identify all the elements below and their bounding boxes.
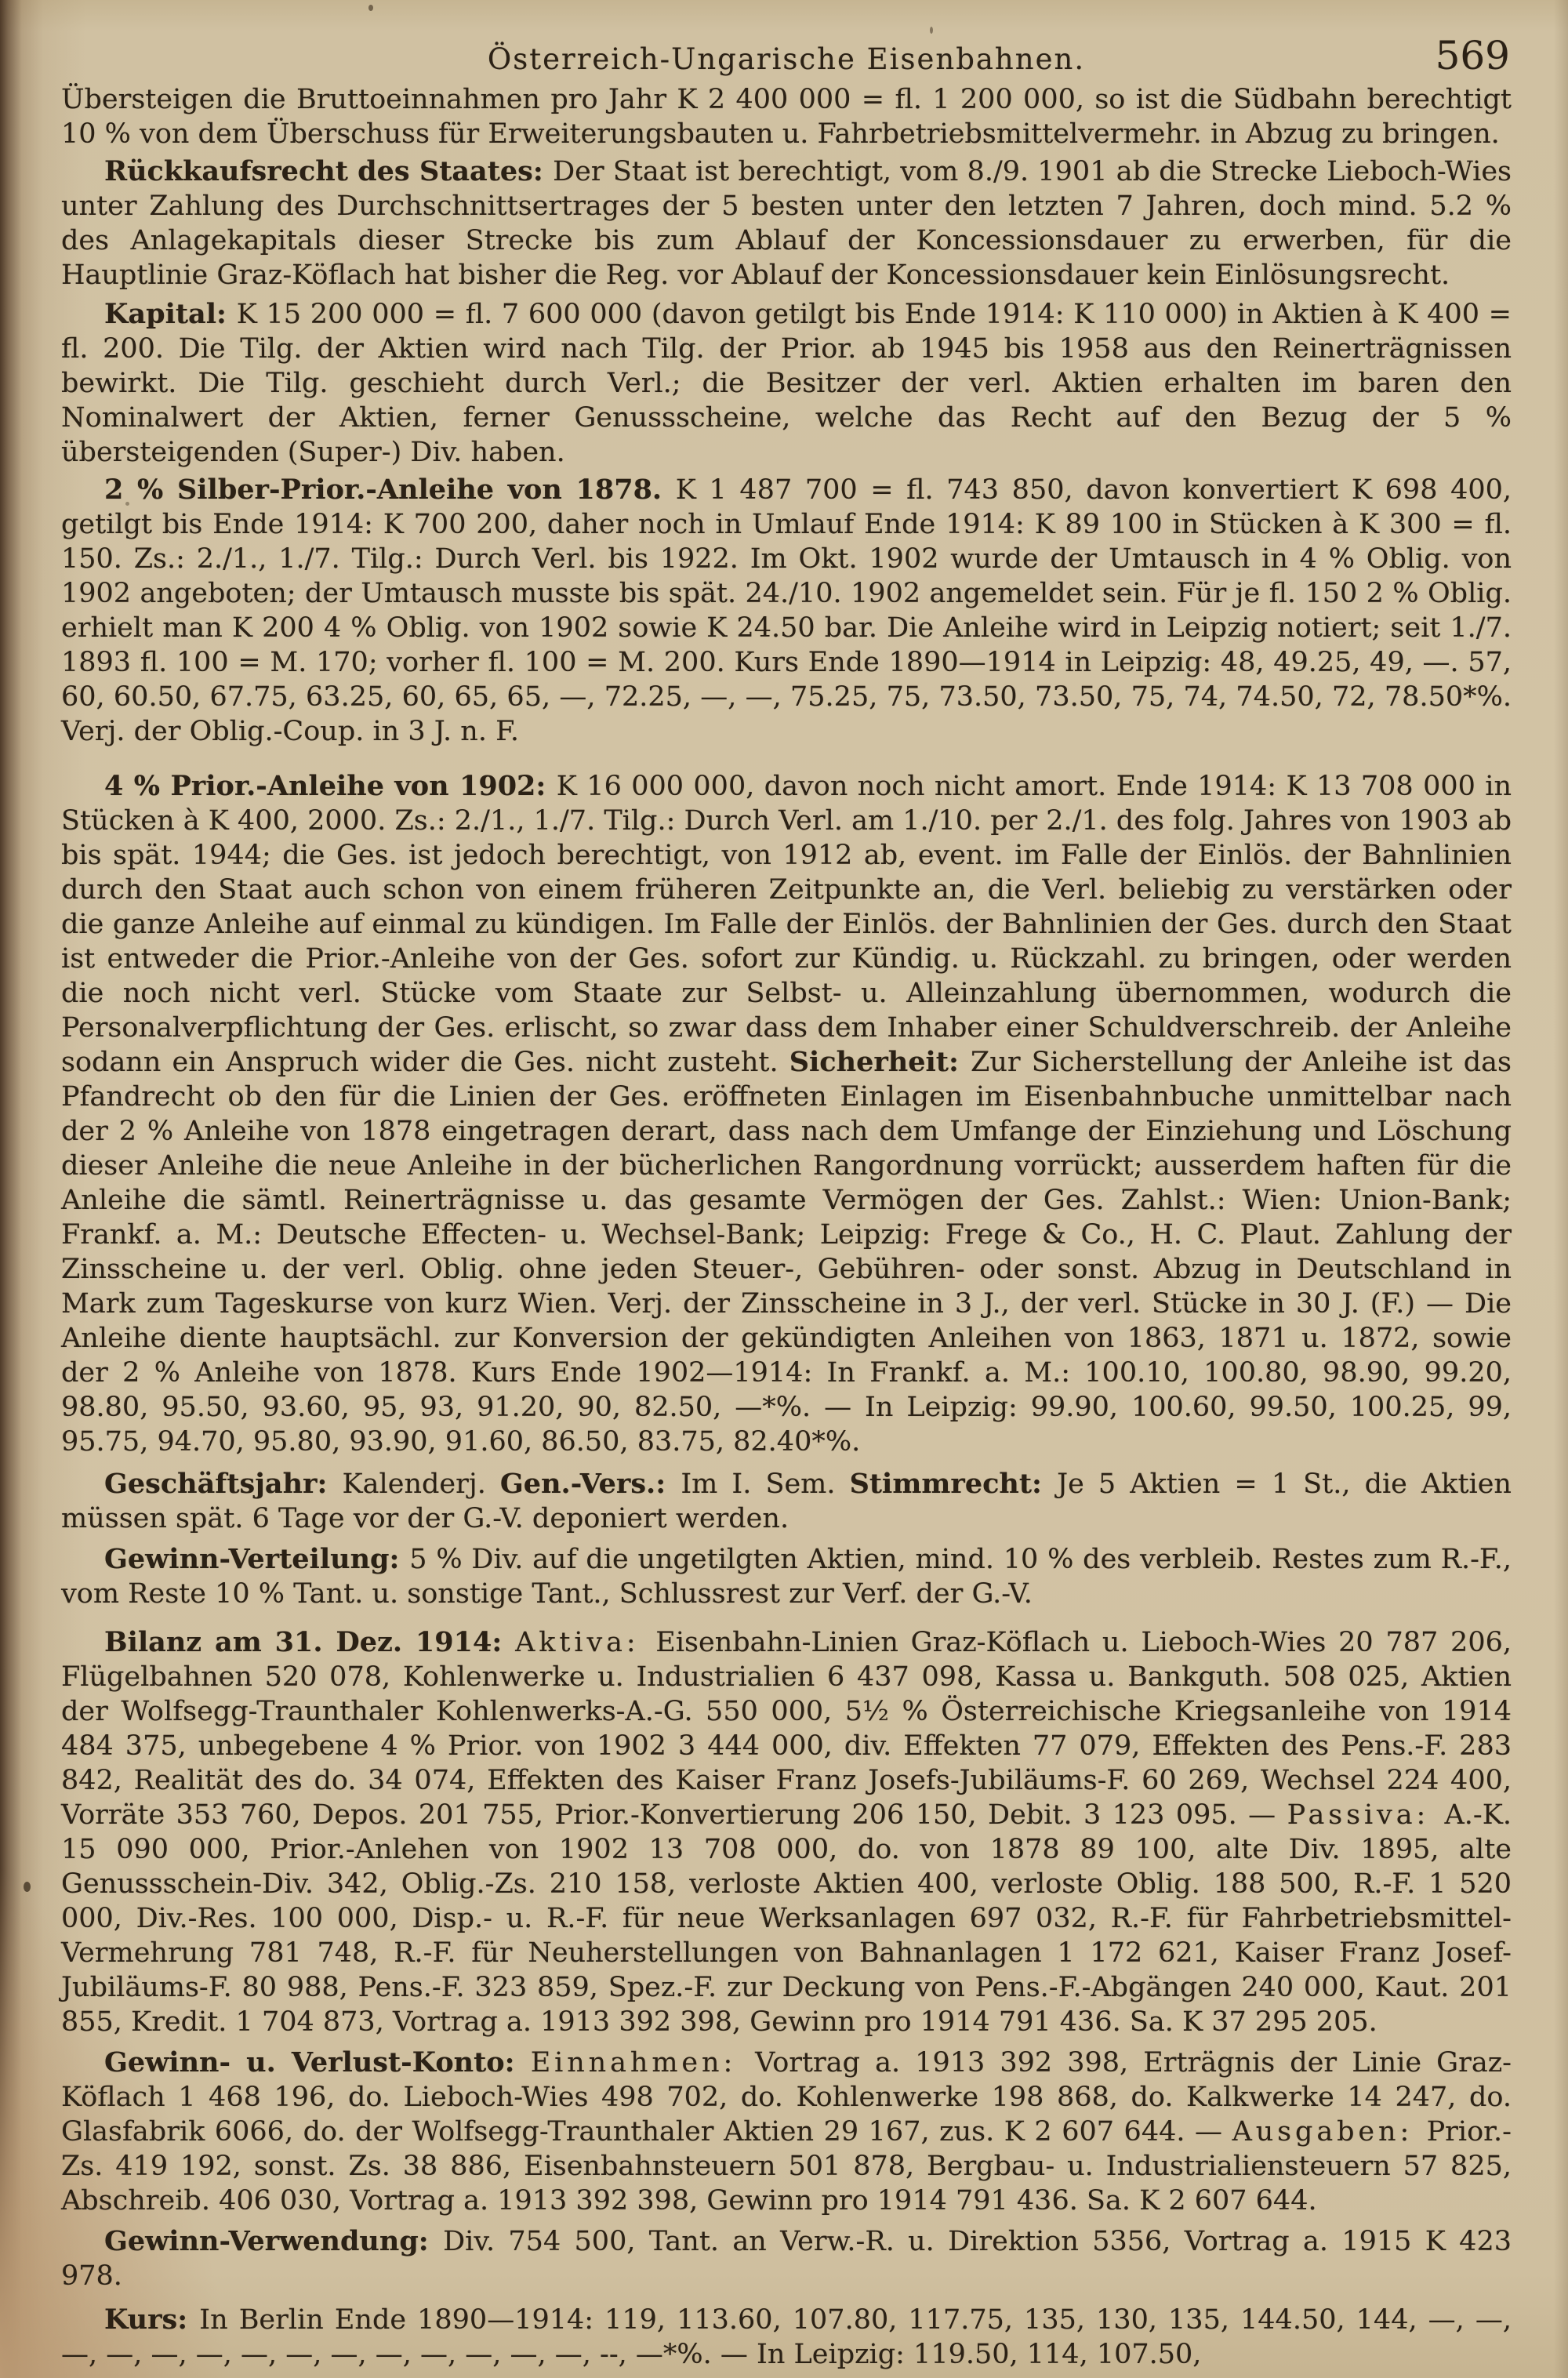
para-rueckkaufsrecht: Rückkaufsrecht des Staates: Der Staat is… — [61, 154, 1512, 292]
body-text: Im I. Sem. — [681, 1469, 849, 1500]
page-header: Österreich-Ungarische Eisenbahnen. 569 — [61, 38, 1512, 85]
keyword-stimmrecht: Stimmrecht: — [850, 1468, 1058, 1500]
keyword-gewinn-verlust-konto: Gewinn- u. Verlust-Konto: — [104, 2046, 531, 2078]
keyword-gewinn-verwendung: Gewinn-Verwendung: — [104, 2225, 443, 2257]
body-text: K 16 000 000, davon noch nicht amort. En… — [61, 771, 1512, 1078]
body-text: Zur Sicherstellung der Anleihe ist das P… — [61, 1047, 1512, 1458]
body-text: K 1 487 700 = fl. 743 850, davon konvert… — [61, 474, 1512, 747]
keyword-prior-anleihe-1902: 4 % Prior.-Anleihe von 1902: — [104, 770, 557, 802]
running-title: Österreich-Ungarische Eisenbahnen. — [488, 42, 1085, 76]
keyword-kapital: Kapital: — [104, 298, 237, 330]
para-geschaeftsjahr: Geschäftsjahr: Kalenderj. Gen.-Vers.: Im… — [61, 1467, 1512, 1536]
book-page: Österreich-Ungarische Eisenbahnen. 569 Ü… — [0, 0, 1568, 2378]
keyword-bilanz: Bilanz am 31. Dez. 1914: — [104, 1626, 515, 1658]
keyword-aktiva: Aktiva: — [515, 1627, 655, 1658]
keyword-einnahmen: Einnahmen: — [531, 2047, 755, 2078]
para-gewinn-verteilung: Gewinn-Verteilung: 5 % Div. auf die unge… — [61, 1542, 1512, 1611]
para-bilanz-1914: Bilanz am 31. Dez. 1914: Aktiva: Eisenba… — [61, 1625, 1512, 2039]
body-text: Kalenderj. — [343, 1469, 500, 1500]
body-text: Übersteigen die Bruttoeinnahmen pro Jahr… — [61, 84, 1512, 150]
para-prior-1902: 4 % Prior.-Anleihe von 1902: K 16 000 00… — [61, 769, 1512, 1459]
page-number: 569 — [1436, 33, 1510, 78]
para-kapital: Kapital: K 15 200 000 = fl. 7 600 000 (d… — [61, 297, 1512, 470]
paper-speck — [24, 1882, 31, 1892]
keyword-sicherheit: Sicherheit: — [789, 1046, 971, 1078]
para-gewinn-verlust-konto: Gewinn- u. Verlust-Konto: Einnahmen: Vor… — [61, 2046, 1512, 2218]
keyword-passiva: Passiva: — [1287, 1799, 1445, 1831]
body-text: In Berlin Ende 1890—1914: 119, 113.60, 1… — [61, 2304, 1512, 2370]
paper-speck — [930, 27, 933, 34]
page-edge-shading — [1554, 0, 1568, 2378]
keyword-silber-prior-anleihe: 2 % Silber-Prior.-Anleihe von 1878. — [104, 474, 676, 506]
para-silber-prior-1878: 2 % Silber-Prior.-Anleihe von 1878. K 1 … — [61, 473, 1512, 749]
para-kurs: Kurs: In Berlin Ende 1890—1914: 119, 113… — [61, 2303, 1512, 2372]
para-bruttoeinnahmen: Übersteigen die Bruttoeinnahmen pro Jahr… — [61, 82, 1512, 151]
keyword-rueckkaufsrecht: Rückkaufsrecht des Staates: — [104, 155, 553, 187]
paper-speck — [368, 5, 373, 11]
keyword-geschaeftsjahr: Geschäftsjahr: — [104, 1468, 343, 1500]
keyword-gen-vers: Gen.-Vers.: — [500, 1468, 681, 1500]
body-text: K 15 200 000 = fl. 7 600 000 (davon geti… — [61, 299, 1512, 468]
para-gewinn-verwendung: Gewinn-Verwendung: Div. 754 500, Tant. a… — [61, 2224, 1512, 2293]
text-block: Übersteigen die Bruttoeinnahmen pro Jahr… — [61, 82, 1512, 2372]
keyword-ausgaben: Ausgaben: — [1232, 2116, 1427, 2147]
keyword-kurs: Kurs: — [104, 2304, 199, 2336]
keyword-gewinn-verteilung: Gewinn-Verteilung: — [104, 1543, 409, 1575]
body-text: A.-K. 15 090 000, Prior.-Anlehen von 190… — [61, 1799, 1512, 2038]
